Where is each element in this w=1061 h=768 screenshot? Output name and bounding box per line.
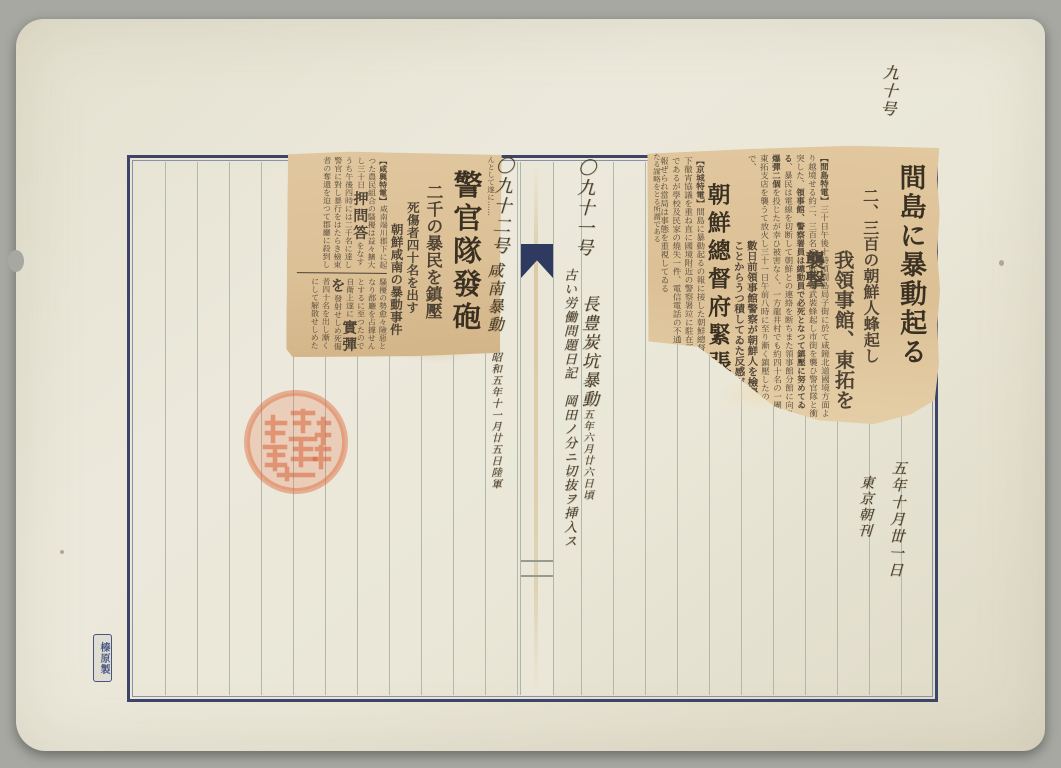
note-91-title: 長豊炭坑暴動五年六月廿六日頃 bbox=[576, 295, 601, 595]
subhead-ryojikan-toutaku: 我領事館、東拓を襲撃 bbox=[829, 152, 858, 422]
subhead-hamnam-incident: 朝鮮咸南の暴動事件 bbox=[388, 155, 406, 354]
body-upper-section: 【咸興特電】咸南端川郡下に起つた農民組合の騷擾は益々擴大し三十日押問答をなすうち… bbox=[295, 156, 390, 269]
crosshead-oshimondo: 押問答 bbox=[351, 189, 369, 242]
subhead-casualties: 死傷者四十名を出す bbox=[404, 155, 422, 354]
printer-mark-stamp: 榛原製 bbox=[93, 634, 112, 682]
note-91-memo: 古い労働問題日記 岡田ノ分ニ切抜ヲ挿入ス bbox=[538, 268, 578, 603]
subhead-nisen-bomin: 二千の暴民を鎮壓 bbox=[420, 155, 446, 354]
paper-fleck bbox=[999, 260, 1004, 266]
dateline: 【咸興特電】 bbox=[378, 157, 388, 205]
dateline-kanto: 【間島特電】 bbox=[818, 154, 828, 205]
subhead-chosenjin-hoki: 二、三百の朝鮮人蜂起し bbox=[857, 152, 882, 422]
note-91-title-text: 長豊炭坑暴動 bbox=[578, 295, 598, 409]
note-91-date: 五年六月廿六日頃 bbox=[582, 409, 594, 501]
body-column-1: 【間島特電】三十日午後十時頃間島局子街に於て咸鏡北道國境方面より越境せる約二、三… bbox=[757, 152, 830, 422]
section-rule bbox=[297, 272, 387, 274]
paper-edge-tear bbox=[8, 250, 24, 272]
paper-fleck bbox=[60, 550, 64, 554]
note-92-memo: 昭和五年十一月廿五日陸軍 bbox=[489, 352, 504, 524]
bold-phrase: 爆彈二個 bbox=[770, 154, 780, 188]
newspaper-clipping-hamnam: んとして遂に…… 警官隊發砲 二千の暴民を鎮壓 死傷者四十名を出す 朝鮮咸南の暴… bbox=[286, 150, 502, 359]
red-seal-stamp bbox=[243, 389, 349, 495]
headline-keikantai-happo: 警官隊發砲 bbox=[444, 155, 488, 354]
archival-scrapbook-page: 九十号 んとして遂に…… 警官隊發砲 二千の暴民を鎮壓 死傷者四十名を出す 朝鮮… bbox=[0, 0, 1061, 768]
dateline-keijo: 【京城特電】 bbox=[694, 156, 704, 207]
body-lower-section: 騷擾の勢愈々險惡となり郡廳を占據せんとするに至つたので自衛上遂に實彈を發射せしめ… bbox=[294, 277, 389, 354]
headline-kanto-bodo: 間島に暴動起る bbox=[881, 151, 930, 421]
body-text: 、暴民は電線を切断して朝鮮との連絡を断ちまた領事館分館に向ひ bbox=[782, 163, 793, 418]
left-clipping-body: 【咸興特電】咸南端川郡下に起つた農民組合の騷擾は益々擴大し三十日押問答をなすうち… bbox=[294, 154, 390, 354]
seal-graphic bbox=[243, 389, 349, 495]
